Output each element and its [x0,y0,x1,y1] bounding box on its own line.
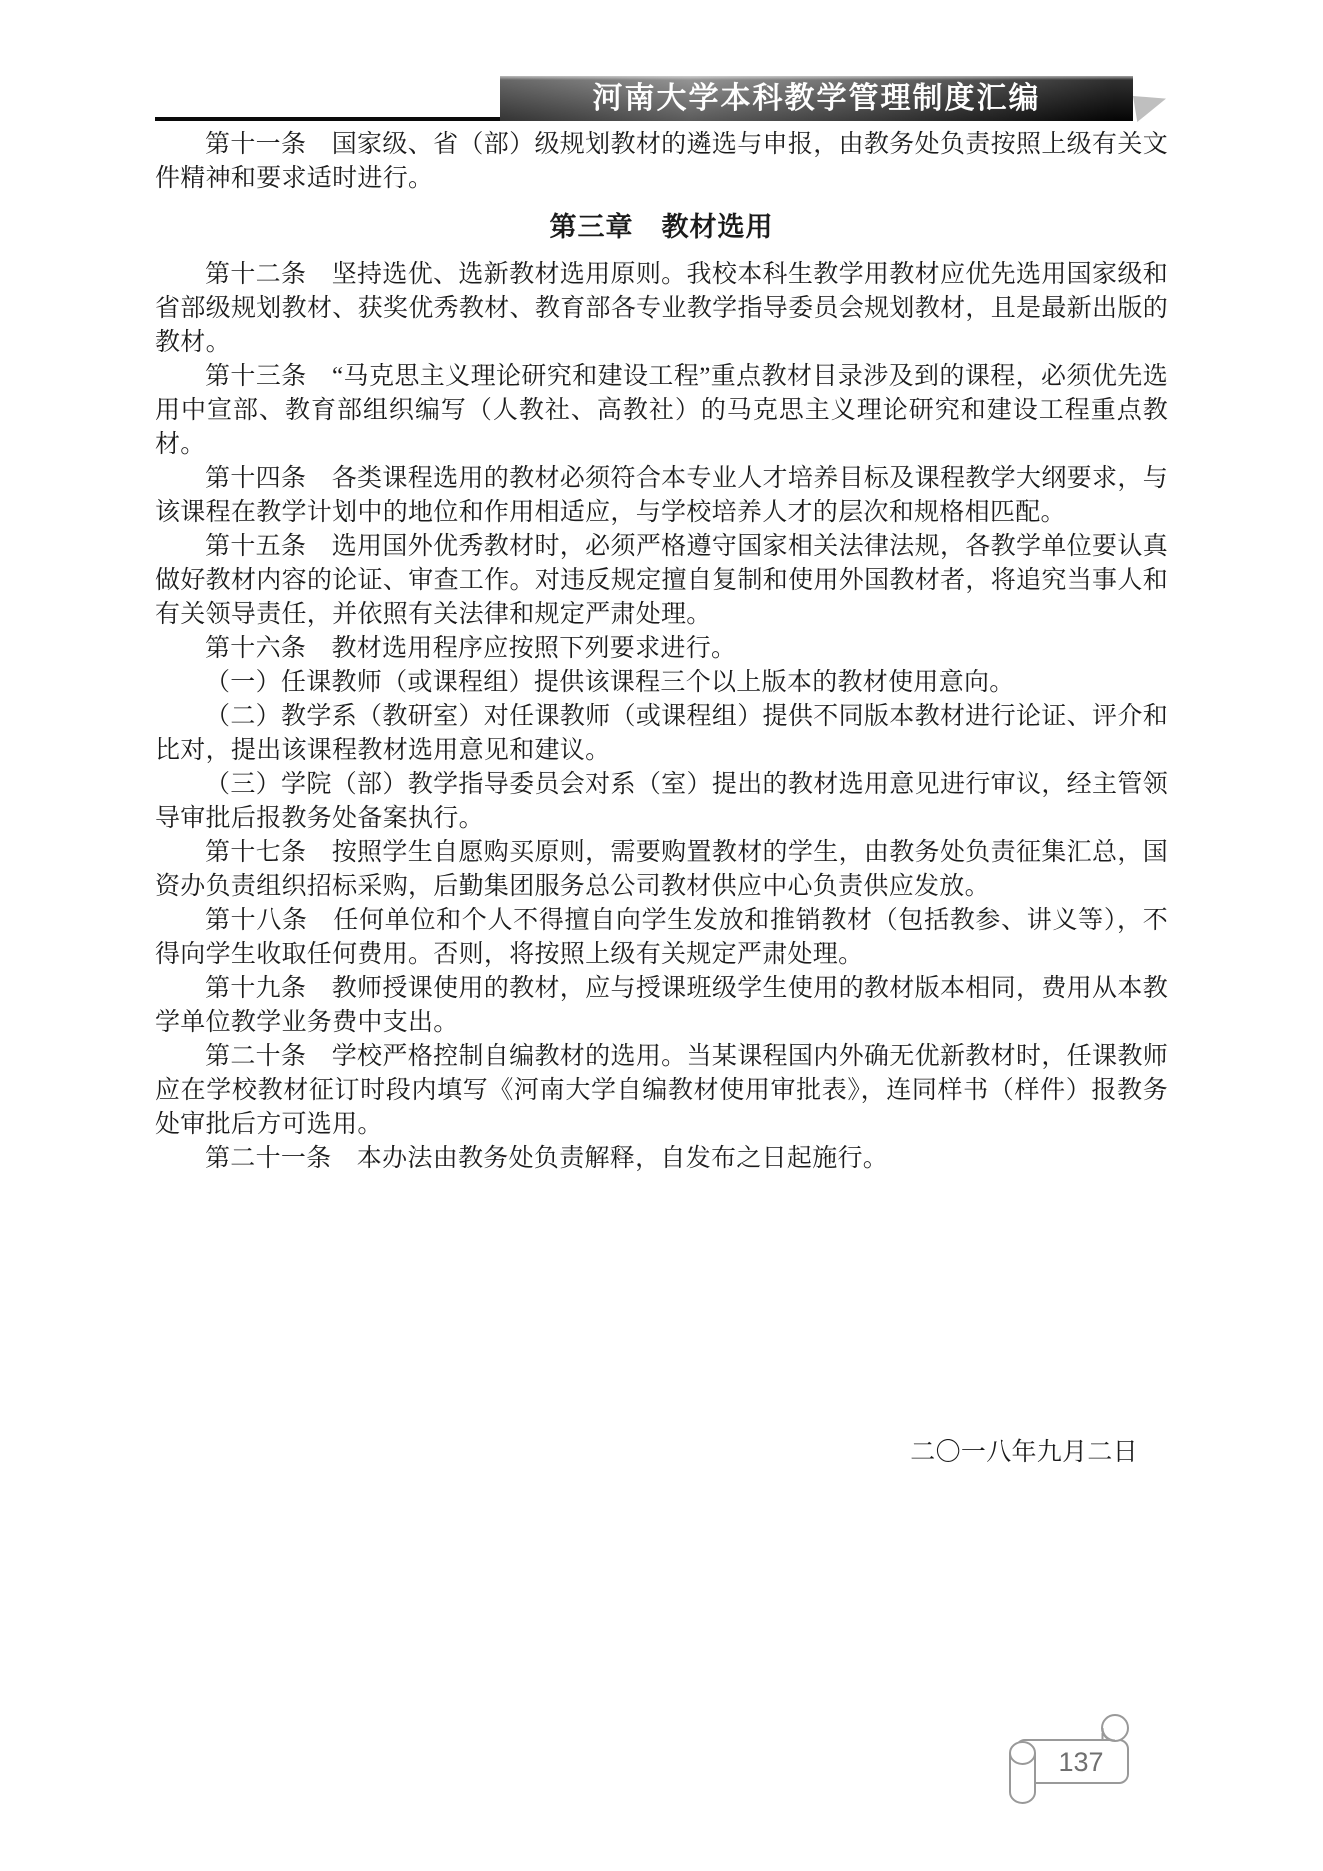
article-16-item-1: （一）任课教师（或课程组）提供该课程三个以上版本的教材使用意向。 [155,666,1168,700]
article-20: 第二十条 学校严格控制自编教材的选用。当某课程国内外确无优新教材时，任课教师应在… [155,1040,1168,1142]
article-21: 第二十一条 本办法由教务处负责解释，自发布之日起施行。 [155,1142,1168,1176]
article-16-item-2: （二）教学系（教研室）对任课教师（或课程组）提供不同版本教材进行论证、评介和比对… [155,700,1168,768]
article-12: 第十二条 坚持选优、选新教材选用原则。我校本科生教学用教材应优先选用国家级和省部… [155,258,1168,360]
header-banner-tail [1133,96,1166,122]
document-page: 河南大学本科教学管理制度汇编 第十一条 国家级、省（部）级规划教材的遴选与申报，… [0,0,1323,1871]
article-19: 第十九条 教师授课使用的教材，应与授课班级学生使用的教材版本相同，费用从本教学单… [155,972,1168,1040]
header-banner: 河南大学本科教学管理制度汇编 [500,76,1133,121]
article-18: 第十八条 任何单位和个人不得擅自向学生发放和推销教材（包括教参、讲义等），不得向… [155,904,1168,972]
date-line: 二〇一八年九月二日 [155,1436,1168,1470]
header-title: 河南大学本科教学管理制度汇编 [593,76,1041,121]
article-11: 第十一条 国家级、省（部）级规划教材的遴选与申报，由教务处负责按照上级有关文件精… [155,128,1168,196]
article-13: 第十三条 “马克思主义理论研究和建设工程”重点教材目录涉及到的课程，必须优先选用… [155,360,1168,462]
article-17: 第十七条 按照学生自愿购买原则，需要购置教材的学生，由教务处负责征集汇总，国资办… [155,836,1168,904]
article-16: 第十六条 教材选用程序应按照下列要求进行。 [155,632,1168,666]
page-number: 137 [1034,1744,1128,1780]
document-body: 第十一条 国家级、省（部）级规划教材的遴选与申报，由教务处负责按照上级有关文件精… [155,128,1168,1470]
article-16-item-3: （三）学院（部）教学指导委员会对系（室）提出的教材选用意见进行审议，经主管领导审… [155,768,1168,836]
article-15: 第十五条 选用国外优秀教材时，必须严格遵守国家相关法律法规，各教学单位要认真做好… [155,530,1168,632]
article-14: 第十四条 各类课程选用的教材必须符合本专业人才培养目标及课程教学大纲要求，与该课… [155,462,1168,530]
page-number-scroll: 137 [1008,1692,1133,1810]
chapter-heading: 第三章 教材选用 [155,210,1168,244]
